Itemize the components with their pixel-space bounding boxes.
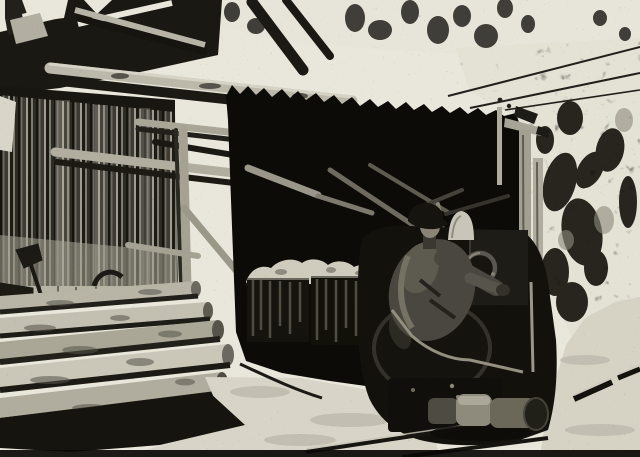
photo-grain bbox=[0, 0, 640, 457]
mine-photograph bbox=[0, 0, 640, 457]
